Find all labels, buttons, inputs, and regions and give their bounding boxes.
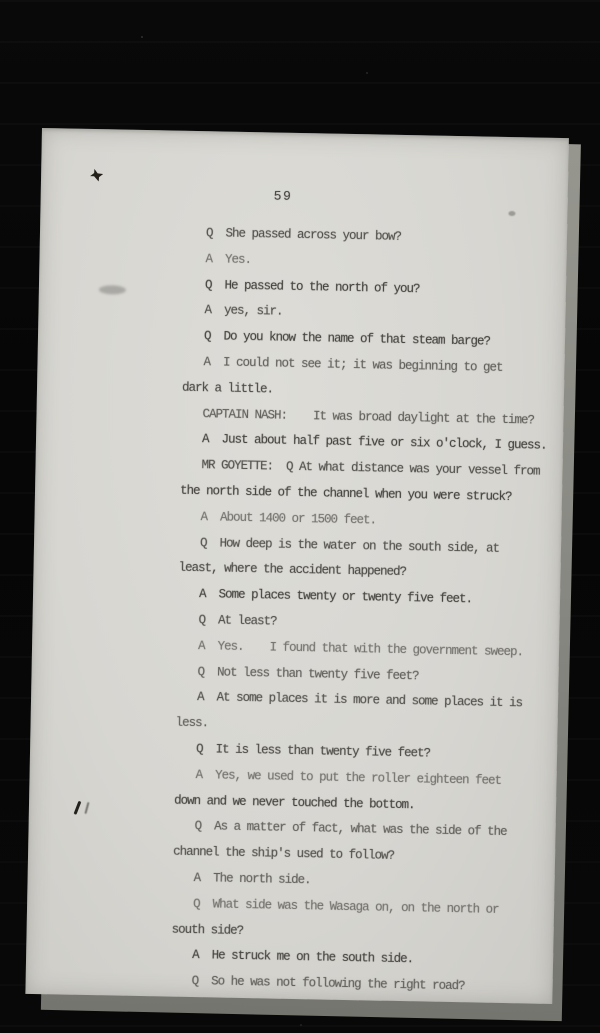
scan-background: 59 Q She passed across your bow?A Yes.Q … (0, 0, 600, 1033)
ink-blot-mark (90, 168, 104, 182)
pencil-smudge-mark (99, 285, 126, 295)
document-page: 59 Q She passed across your bow?A Yes.Q … (25, 128, 569, 1004)
transcript-text: Q She passed across your bow?A Yes.Q He … (25, 218, 567, 1002)
ink-dot-mark (508, 211, 515, 216)
dust-specks (0, 0, 2, 2)
page-number: 59 (274, 188, 293, 203)
